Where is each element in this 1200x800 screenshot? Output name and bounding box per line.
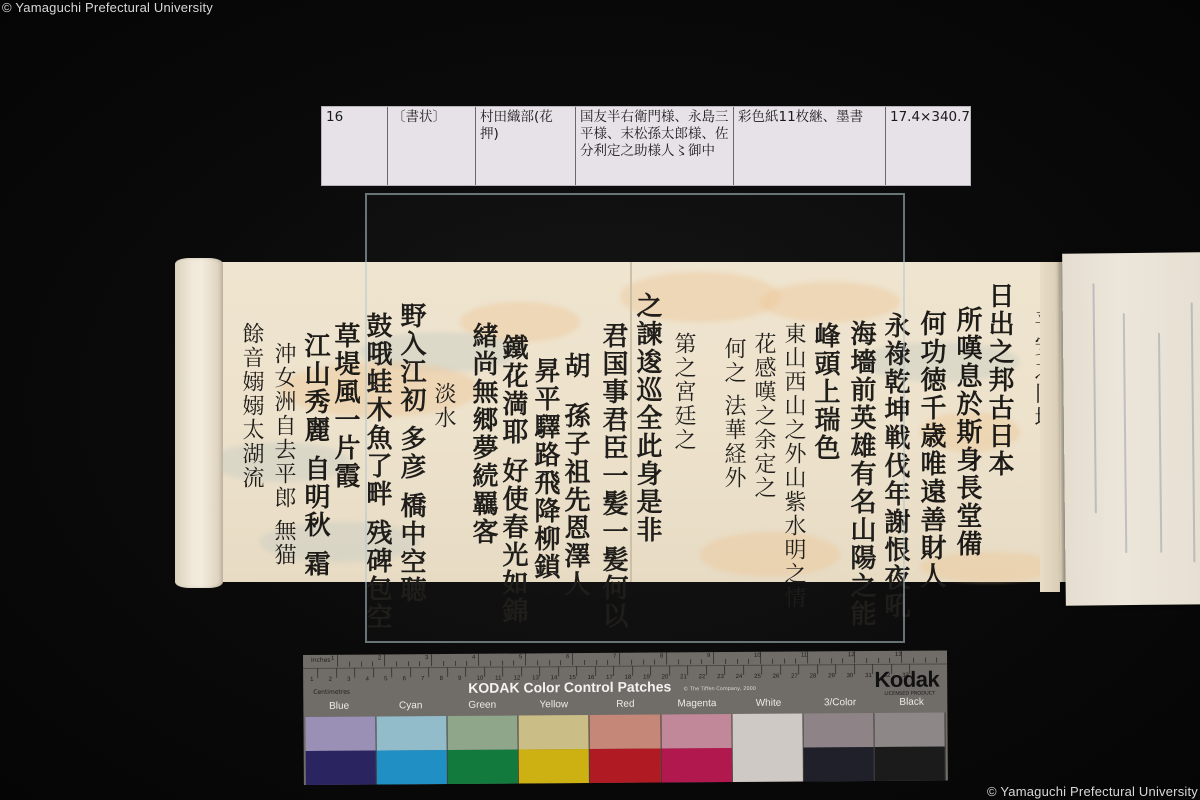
chart-copyright: © The Tiffen Company, 2000 — [683, 686, 756, 693]
pencil-mark — [1158, 333, 1162, 553]
centimetres-label: Centimetres — [313, 689, 350, 696]
kodak-logo: Kodak — [874, 667, 939, 693]
catalog-dimensions: 17.4×340.7 — [886, 107, 970, 185]
patch-label: Cyan — [375, 700, 447, 716]
copyright-credit-bottom: © Yamaguchi Prefectural University — [987, 784, 1198, 799]
color-patch — [590, 715, 662, 783]
pencil-mark — [1123, 313, 1128, 553]
color-patches — [305, 713, 945, 785]
catalog-recipients: 国友半右衛門様、永島三平様、末松孫太郎様、佐分利定之助様人〻御中 — [576, 107, 734, 185]
calligraphy-column: 所嘆息於斯身長堂備 — [952, 306, 982, 558]
inches-label: Inches — [311, 657, 331, 664]
catalog-type: 〔書状〕 — [388, 107, 476, 185]
calligraphy-column: 餘音嫋嫋太湖流 — [236, 322, 266, 490]
catalog-label: 16 〔書状〕 村田織部(花押) 国友半右衛門様、永島三平様、末松孫太郎様、佐分… — [322, 107, 970, 185]
calligraphy-column: 何功徳千歳唯遠善財人 — [916, 310, 946, 590]
color-patch — [874, 713, 946, 781]
color-patch — [448, 715, 520, 783]
pencil-mark — [1092, 283, 1096, 513]
paper-fold — [1040, 262, 1060, 592]
patch-label: White — [733, 698, 805, 714]
overlapping-paper-sheet — [1062, 252, 1200, 605]
catalog-sender: 村田織部(花押) — [476, 107, 576, 185]
calligraphy-column: 草堤風一片霞 — [330, 322, 360, 490]
calligraphy-column: 日出之邦古日本 — [984, 282, 1014, 478]
scroll-roller — [175, 258, 223, 588]
color-patch — [519, 715, 591, 783]
catalog-material: 彩色紙11枚継、墨書 — [734, 107, 886, 185]
kodak-color-chart: 12345678910111213 1234567891011121314151… — [303, 651, 948, 785]
pencil-mark — [1191, 302, 1196, 562]
patch-label: Magenta — [661, 698, 733, 714]
color-patch — [732, 714, 804, 782]
patch-label: 3/Color — [804, 697, 876, 713]
patch-label: Green — [446, 700, 518, 716]
color-patch — [305, 716, 377, 784]
catalog-number: 16 — [322, 107, 388, 185]
color-patch — [661, 714, 733, 782]
copyright-credit-top: © Yamaguchi Prefectural University — [2, 0, 213, 15]
patch-label: Yellow — [518, 699, 590, 715]
calligraphy-column: 沖女洲自去平郎 無猫 — [268, 342, 298, 567]
color-patch — [377, 716, 449, 784]
patch-label: Red — [590, 699, 662, 715]
glass-plate — [365, 193, 905, 643]
patch-label: Black — [876, 697, 948, 713]
color-patch — [803, 713, 875, 781]
calligraphy-column: 江山秀麗 自明秋 霜 — [300, 332, 330, 578]
patch-label: Blue — [303, 700, 375, 716]
chart-title: KODAK Color Control Patches — [468, 678, 671, 695]
